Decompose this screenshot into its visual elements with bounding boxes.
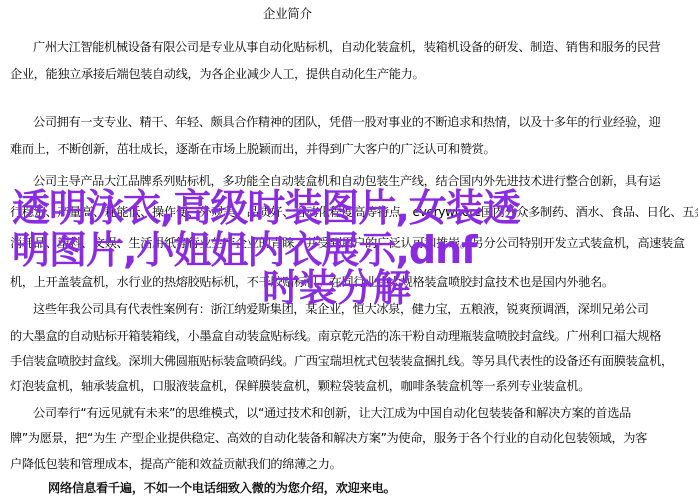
page-title: 企业简介 xyxy=(263,7,312,21)
overlay-line: 明图片,小姐姐内衣展示,dnf xyxy=(12,230,477,270)
text-line: 灯泡装盒机，轴承装盒机，口服液装盒机，保鲜膜装盒机，颗粒袋装盒机，咖啡条装盒机等… xyxy=(10,379,590,393)
text-line: 手信装盒喷胶封盒线。深圳大佛圆瓶贴标装盒喷码线。广西宝瑞坦枕式包装装盒捆扎线。等… xyxy=(10,354,673,368)
overlay-line: 时装分解 xyxy=(262,268,410,308)
text-line: 企业，能独立承接后端包装自动线，为各企业减少人工，提供自动化生产能力。 xyxy=(10,67,424,81)
overlay-line: 透明泳衣,高级时装图片,女装透 xyxy=(12,188,520,228)
text-line: 广州大江智能机械设备有限公司是专业从事自动化贴标机，自动化装盒机，装箱机设备的研… xyxy=(33,40,660,54)
closing-line: 网络信息看千遍，不如一个电话细致入微的为您介绍，欢迎来电。 xyxy=(48,481,396,495)
text-line: 的大墨盒的自动贴标开箱装箱线，小墨盒自动装盒贴标线。南京乾元浩的冻干粉自动理瓶装… xyxy=(10,329,661,343)
text-line: 牌”为愿景，把“为生 产型企业提供稳定、高效的自动化装备和解决方案”为使命，服务… xyxy=(10,431,647,445)
text-line: 公司拥有一支专业、精干、年轻、颇具合作精神的团队，凭借一股对事业的不断追求和热情… xyxy=(33,115,660,129)
text-line: 公司奉行“有远见就有未来”的思维模式，以“通过技术和创新，让大江成为中国自动化包… xyxy=(33,406,631,420)
text-line: 户降低包装和管理成本，提高产能和效益贡献我们的绵薄之力。 xyxy=(10,457,341,471)
text-line: 难而上，不断创新，茁壮成长，逐渐在市场上脱颖而出，并得到广大客户的广泛认可和赞赏… xyxy=(10,142,495,156)
